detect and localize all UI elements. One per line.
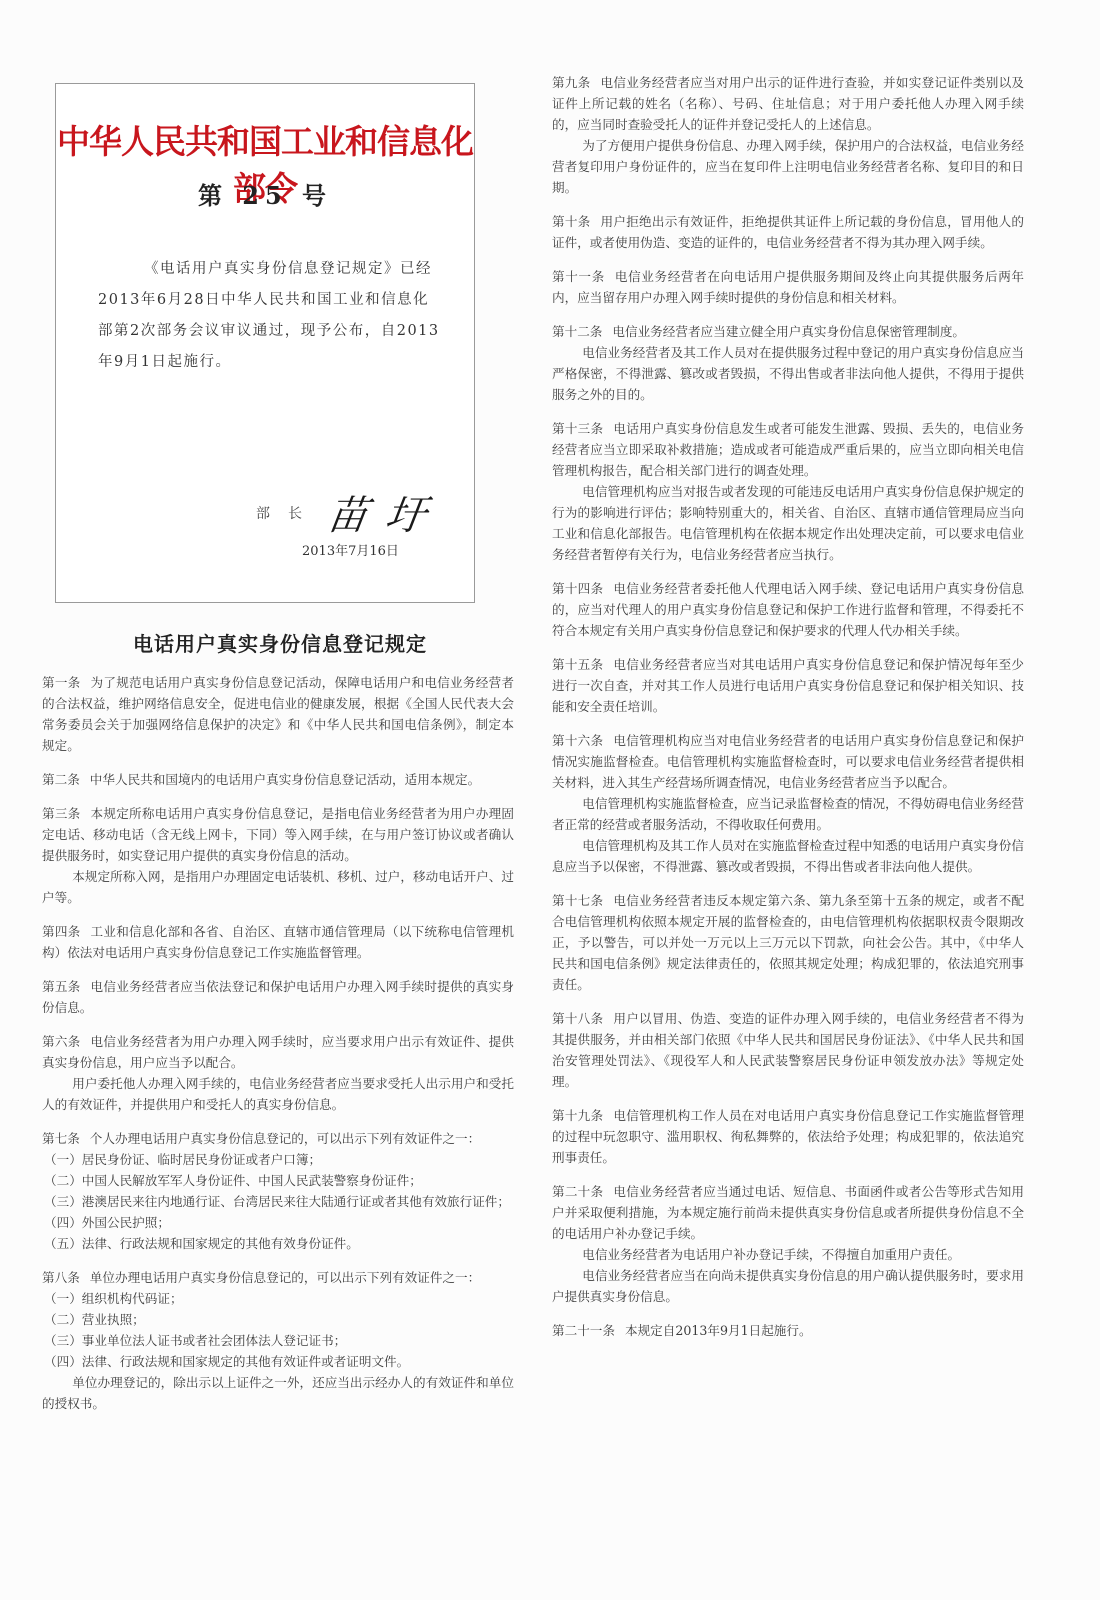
article-text: 本规定所称电话用户真实身份信息登记，是指电信业务经营者为用户办理固定电话、移动电… xyxy=(42,806,514,863)
article-paragraph: 第十六条电信管理机构应当对电信业务经营者的电话用户真实身份信息登记和保护情况实施… xyxy=(552,730,1024,793)
article-text: 为了规范电话用户真实身份信息登记活动，保障电话用户和电信业务经营者的合法权益，维… xyxy=(42,675,514,753)
article-paragraph: 第十一条电信业务经营者在向电话用户提供服务期间及终止向其提供服务后两年内，应当留… xyxy=(552,266,1024,308)
document-title: 电话用户真实身份信息登记规定 xyxy=(40,628,520,657)
article-sub-paragraph: 电信业务经营者为电话用户补办登记手续，不得擅自加重用户责任。 xyxy=(552,1244,1024,1265)
article-text: 电信管理机构工作人员在对电话用户真实身份信息登记工作实施监督管理的过程中玩忽职守… xyxy=(552,1108,1024,1165)
article-text: 电信业务经营者应当建立健全用户真实身份信息保密管理制度。 xyxy=(612,324,965,339)
article: 第九条电信业务经营者应当对用户出示的证件进行查验，并如实登记证件类别以及证件上所… xyxy=(552,72,1024,198)
article-text: 电信业务经营者在向电话用户提供服务期间及终止向其提供服务后两年内，应当留存用户办… xyxy=(552,269,1024,305)
list-item: （一）居民身份证、临时居民身份证或者户口簿； xyxy=(42,1149,514,1170)
article-paragraph: 第十二条电信业务经营者应当建立健全用户真实身份信息保密管理制度。 xyxy=(552,321,1024,342)
article-text: 本规定自2013年9月1日起施行。 xyxy=(625,1323,812,1338)
article-text: 电信管理机构应当对电信业务经营者的电话用户真实身份信息登记和保护情况实施监督检查… xyxy=(552,733,1024,790)
article: 第十七条电信业务经营者违反本规定第六条、第九条至第十五条的规定，或者不配合电信管… xyxy=(552,890,1024,995)
article-number: 第二十一条 xyxy=(552,1323,615,1338)
article-sub-paragraph: 电信业务经营者应当在向尚未提供真实身份信息的用户确认提供服务时，要求用户提供真实… xyxy=(552,1265,1024,1307)
article: 第十条用户拒绝出示有效证件，拒绝提供其证件上所记载的身份信息，冒用他人的证件，或… xyxy=(552,211,1024,253)
article: 第十六条电信管理机构应当对电信业务经营者的电话用户真实身份信息登记和保护情况实施… xyxy=(552,730,1024,877)
article-text: 电信业务经营者应当依法登记和保护电话用户办理入网手续时提供的真实身份信息。 xyxy=(42,979,514,1015)
article-paragraph: 第八条单位办理电话用户真实身份信息登记的，可以出示下列有效证件之一： xyxy=(42,1267,514,1288)
article: 第五条电信业务经营者应当依法登记和保护电话用户办理入网手续时提供的真实身份信息。 xyxy=(42,976,514,1018)
article: 第七条个人办理电话用户真实身份信息登记的，可以出示下列有效证件之一：（一）居民身… xyxy=(42,1128,514,1254)
article-text: 电信业务经营者及其工作人员对在提供服务过程中登记的用户真实身份信息应当严格保密，… xyxy=(552,345,1024,402)
article-sub-paragraph: 用户委托他人办理入网手续的，电信业务经营者应当要求受托人出示用户和受托人的有效证… xyxy=(42,1073,514,1115)
article-text: 电信业务经营者为电话用户补办登记手续，不得擅自加重用户责任。 xyxy=(582,1247,960,1262)
article-number: 第十四条 xyxy=(552,581,603,596)
article: 第十五条电信业务经营者应当对其电话用户真实身份信息登记和保护情况每年至少进行一次… xyxy=(552,654,1024,717)
article-sub-paragraph: 为了方便用户提供身份信息、办理入网手续，保护用户的合法权益，电信业务经营者复印用… xyxy=(552,135,1024,198)
article-text: 用户以冒用、伪造、变造的证件办理入网手续的，电信业务经营者不得为其提供服务，并由… xyxy=(552,1011,1024,1089)
right-column: 第九条电信业务经营者应当对用户出示的证件进行查验，并如实登记证件类别以及证件上所… xyxy=(552,72,1024,1354)
article-text: 中华人民共和国境内的电话用户真实身份信息登记活动，适用本规定。 xyxy=(90,772,480,787)
article: 第二条中华人民共和国境内的电话用户真实身份信息登记活动，适用本规定。 xyxy=(42,769,514,790)
article-sub-paragraph: 本规定所称入网，是指用户办理固定电话装机、移机、过户，移动电话开户、过户等。 xyxy=(42,866,514,908)
list-item: （四）法律、行政法规和国家规定的其他有效证件或者证明文件。 xyxy=(42,1351,514,1372)
article-paragraph: 第二十一条本规定自2013年9月1日起施行。 xyxy=(552,1320,1024,1341)
list-item: （五）法律、行政法规和国家规定的其他有效身份证件。 xyxy=(42,1233,514,1254)
article: 第十三条电话用户真实身份信息发生或者可能发生泄露、毁损、丢失的，电信业务经营者应… xyxy=(552,418,1024,565)
article-text: 电信业务经营者应当通过电话、短信息、书面函件或者公告等形式告知用户并采取便利措施… xyxy=(552,1184,1024,1241)
order-body-text: 《电话用户真实身份信息登记规定》已经2013年6月28日中华人民共和国工业和信息… xyxy=(98,261,440,370)
article-paragraph: 第四条工业和信息化部和各省、自治区、直辖市通信管理局（以下统称电信管理机构）依法… xyxy=(42,921,514,963)
ministry-order-box: 中华人民共和国工业和信息化部令 第 25 号 《电话用户真实身份信息登记规定》已… xyxy=(55,83,475,603)
signature-row: 部长 苗圩 xyxy=(256,484,444,541)
article-number: 第十六条 xyxy=(552,733,603,748)
article: 第十一条电信业务经营者在向电话用户提供服务期间及终止向其提供服务后两年内，应当留… xyxy=(552,266,1024,308)
article-number: 第十三条 xyxy=(552,421,603,436)
article-paragraph: 第六条电信业务经营者为用户办理入网手续时，应当要求用户出示有效证件、提供真实身份… xyxy=(42,1031,514,1073)
article: 第一条为了规范电话用户真实身份信息登记活动，保障电话用户和电信业务经营者的合法权… xyxy=(42,672,514,756)
article-text: 工业和信息化部和各省、自治区、直辖市通信管理局（以下统称电信管理机构）依法对电话… xyxy=(42,924,514,960)
article-number: 第十五条 xyxy=(552,657,603,672)
article-sub-paragraph: 电信业务经营者及其工作人员对在提供服务过程中登记的用户真实身份信息应当严格保密，… xyxy=(552,342,1024,405)
article: 第四条工业和信息化部和各省、自治区、直辖市通信管理局（以下统称电信管理机构）依法… xyxy=(42,921,514,963)
article-text: 电信业务经营者应当在向尚未提供真实身份信息的用户确认提供服务时，要求用户提供真实… xyxy=(552,1268,1024,1304)
article-sub-paragraph: 电信管理机构实施监督检查，应当记录监督检查的情况，不得妨碍电信业务经营者正常的经… xyxy=(552,793,1024,835)
article-sub-paragraph: 电信管理机构及其工作人员对在实施监督检查过程中知悉的电话用户真实身份信息应当予以… xyxy=(552,835,1024,877)
left-column: 第一条为了规范电话用户真实身份信息登记活动，保障电话用户和电信业务经营者的合法权… xyxy=(42,672,514,1427)
article-number: 第五条 xyxy=(42,979,81,994)
article-paragraph: 第二十条电信业务经营者应当通过电话、短信息、书面函件或者公告等形式告知用户并采取… xyxy=(552,1181,1024,1244)
article-number: 第十条 xyxy=(552,214,591,229)
signature: 苗圩 xyxy=(324,484,448,541)
article-text: 用户委托他人办理入网手续的，电信业务经营者应当要求受托人出示用户和受托人的有效证… xyxy=(42,1076,514,1112)
order-number: 第 25 号 xyxy=(56,176,474,211)
article-text: 电信管理机构实施监督检查，应当记录监督检查的情况，不得妨碍电信业务经营者正常的经… xyxy=(552,796,1024,832)
article: 第十九条电信管理机构工作人员在对电话用户真实身份信息登记工作实施监督管理的过程中… xyxy=(552,1105,1024,1168)
article-text: 电信业务经营者应当对用户出示的证件进行查验，并如实登记证件类别以及证件上所记载的… xyxy=(552,75,1024,132)
order-date: 2013年7月16日 xyxy=(302,540,399,559)
order-body: 《电话用户真实身份信息登记规定》已经2013年6月28日中华人民共和国工业和信息… xyxy=(98,254,440,378)
article-number: 第十九条 xyxy=(552,1108,603,1123)
article-number: 第二十条 xyxy=(552,1184,603,1199)
article-paragraph: 第十条用户拒绝出示有效证件，拒绝提供其证件上所记载的身份信息，冒用他人的证件，或… xyxy=(552,211,1024,253)
article: 第二十条电信业务经营者应当通过电话、短信息、书面函件或者公告等形式告知用户并采取… xyxy=(552,1181,1024,1307)
article-paragraph: 第九条电信业务经营者应当对用户出示的证件进行查验，并如实登记证件类别以及证件上所… xyxy=(552,72,1024,135)
article-text: 用户拒绝出示有效证件，拒绝提供其证件上所记载的身份信息，冒用他人的证件，或者使用… xyxy=(552,214,1024,250)
article-paragraph: 第一条为了规范电话用户真实身份信息登记活动，保障电话用户和电信业务经营者的合法权… xyxy=(42,672,514,756)
list-item: （三）事业单位法人证书或者社会团体法人登记证书； xyxy=(42,1330,514,1351)
article-text: 单位办理电话用户真实身份信息登记的，可以出示下列有效证件之一： xyxy=(90,1270,480,1285)
article: 第十二条电信业务经营者应当建立健全用户真实身份信息保密管理制度。电信业务经营者及… xyxy=(552,321,1024,405)
article-text: 本规定所称入网，是指用户办理固定电话装机、移机、过户，移动电话开户、过户等。 xyxy=(42,869,514,905)
article-number: 第十八条 xyxy=(552,1011,603,1026)
article-sub-paragraph: 电信管理机构应当对报告或者发现的可能违反电话用户真实身份信息保护规定的行为的影响… xyxy=(552,481,1024,565)
article-number: 第九条 xyxy=(552,75,591,90)
article-paragraph: 第十七条电信业务经营者违反本规定第六条、第九条至第十五条的规定，或者不配合电信管… xyxy=(552,890,1024,995)
article-text: 电信管理机构及其工作人员对在实施监督检查过程中知悉的电话用户真实身份信息应当予以… xyxy=(552,838,1024,874)
article-paragraph: 第三条本规定所称电话用户真实身份信息登记，是指电信业务经营者为用户办理固定电话、… xyxy=(42,803,514,866)
list-item: （二）营业执照； xyxy=(42,1309,514,1330)
article-number: 第八条 xyxy=(42,1270,80,1285)
article: 第三条本规定所称电话用户真实身份信息登记，是指电信业务经营者为用户办理固定电话、… xyxy=(42,803,514,908)
list-item: （三）港澳居民来往内地通行证、台湾居民来往大陆通行证或者其他有效旅行证件； xyxy=(42,1191,514,1212)
article-number: 第二条 xyxy=(42,772,80,787)
article-number: 第六条 xyxy=(42,1034,81,1049)
article-paragraph: 第七条个人办理电话用户真实身份信息登记的，可以出示下列有效证件之一： xyxy=(42,1128,514,1149)
article-sub-paragraph: 单位办理登记的，除出示以上证件之一外，还应当出示经办人的有效证件和单位的授权书。 xyxy=(42,1372,514,1414)
article-text: 电信业务经营者委托他人代理电话入网手续、登记电话用户真实身份信息的，应当对代理人… xyxy=(552,581,1024,638)
article-paragraph: 第十八条用户以冒用、伪造、变造的证件办理入网手续的，电信业务经营者不得为其提供服… xyxy=(552,1008,1024,1092)
article-number: 第十一条 xyxy=(552,269,605,284)
article-paragraph: 第十四条电信业务经营者委托他人代理电话入网手续、登记电话用户真实身份信息的，应当… xyxy=(552,578,1024,641)
article-number: 第三条 xyxy=(42,806,81,821)
article: 第二十一条本规定自2013年9月1日起施行。 xyxy=(552,1320,1024,1341)
article-number: 第四条 xyxy=(42,924,81,939)
article-paragraph: 第十九条电信管理机构工作人员在对电话用户真实身份信息登记工作实施监督管理的过程中… xyxy=(552,1105,1024,1168)
article: 第十八条用户以冒用、伪造、变造的证件办理入网手续的，电信业务经营者不得为其提供服… xyxy=(552,1008,1024,1092)
list-item: （二）中国人民解放军军人身份证件、中国人民武装警察身份证件； xyxy=(42,1170,514,1191)
article-number: 第十七条 xyxy=(552,893,603,908)
article-paragraph: 第五条电信业务经营者应当依法登记和保护电话用户办理入网手续时提供的真实身份信息。 xyxy=(42,976,514,1018)
article-text: 为了方便用户提供身份信息、办理入网手续，保护用户的合法权益，电信业务经营者复印用… xyxy=(552,138,1024,195)
article-number: 第一条 xyxy=(42,675,81,690)
list-item: （一）组织机构代码证； xyxy=(42,1288,514,1309)
article-text: 个人办理电话用户真实身份信息登记的，可以出示下列有效证件之一： xyxy=(90,1131,480,1146)
article-number: 第十二条 xyxy=(552,324,602,339)
list-item: （四）外国公民护照； xyxy=(42,1212,514,1233)
article-number: 第七条 xyxy=(42,1131,80,1146)
article-paragraph: 第十五条电信业务经营者应当对其电话用户真实身份信息登记和保护情况每年至少进行一次… xyxy=(552,654,1024,717)
article: 第六条电信业务经营者为用户办理入网手续时，应当要求用户出示有效证件、提供真实身份… xyxy=(42,1031,514,1115)
signer-title: 部长 xyxy=(256,503,320,523)
article-paragraph: 第二条中华人民共和国境内的电话用户真实身份信息登记活动，适用本规定。 xyxy=(42,769,514,790)
article-paragraph: 第十三条电话用户真实身份信息发生或者可能发生泄露、毁损、丢失的，电信业务经营者应… xyxy=(552,418,1024,481)
article-text: 电信业务经营者违反本规定第六条、第九条至第十五条的规定，或者不配合电信管理机构依… xyxy=(552,893,1024,992)
article: 第八条单位办理电话用户真实身份信息登记的，可以出示下列有效证件之一：（一）组织机… xyxy=(42,1267,514,1414)
article-text: 电信业务经营者为用户办理入网手续时，应当要求用户出示有效证件、提供真实身份信息，… xyxy=(42,1034,514,1070)
article-text: 电信业务经营者应当对其电话用户真实身份信息登记和保护情况每年至少进行一次自查，并… xyxy=(552,657,1024,714)
article: 第十四条电信业务经营者委托他人代理电话入网手续、登记电话用户真实身份信息的，应当… xyxy=(552,578,1024,641)
article-text: 电话用户真实身份信息发生或者可能发生泄露、毁损、丢失的，电信业务经营者应当立即采… xyxy=(552,421,1024,478)
article-text: 电信管理机构应当对报告或者发现的可能违反电话用户真实身份信息保护规定的行为的影响… xyxy=(552,484,1024,562)
